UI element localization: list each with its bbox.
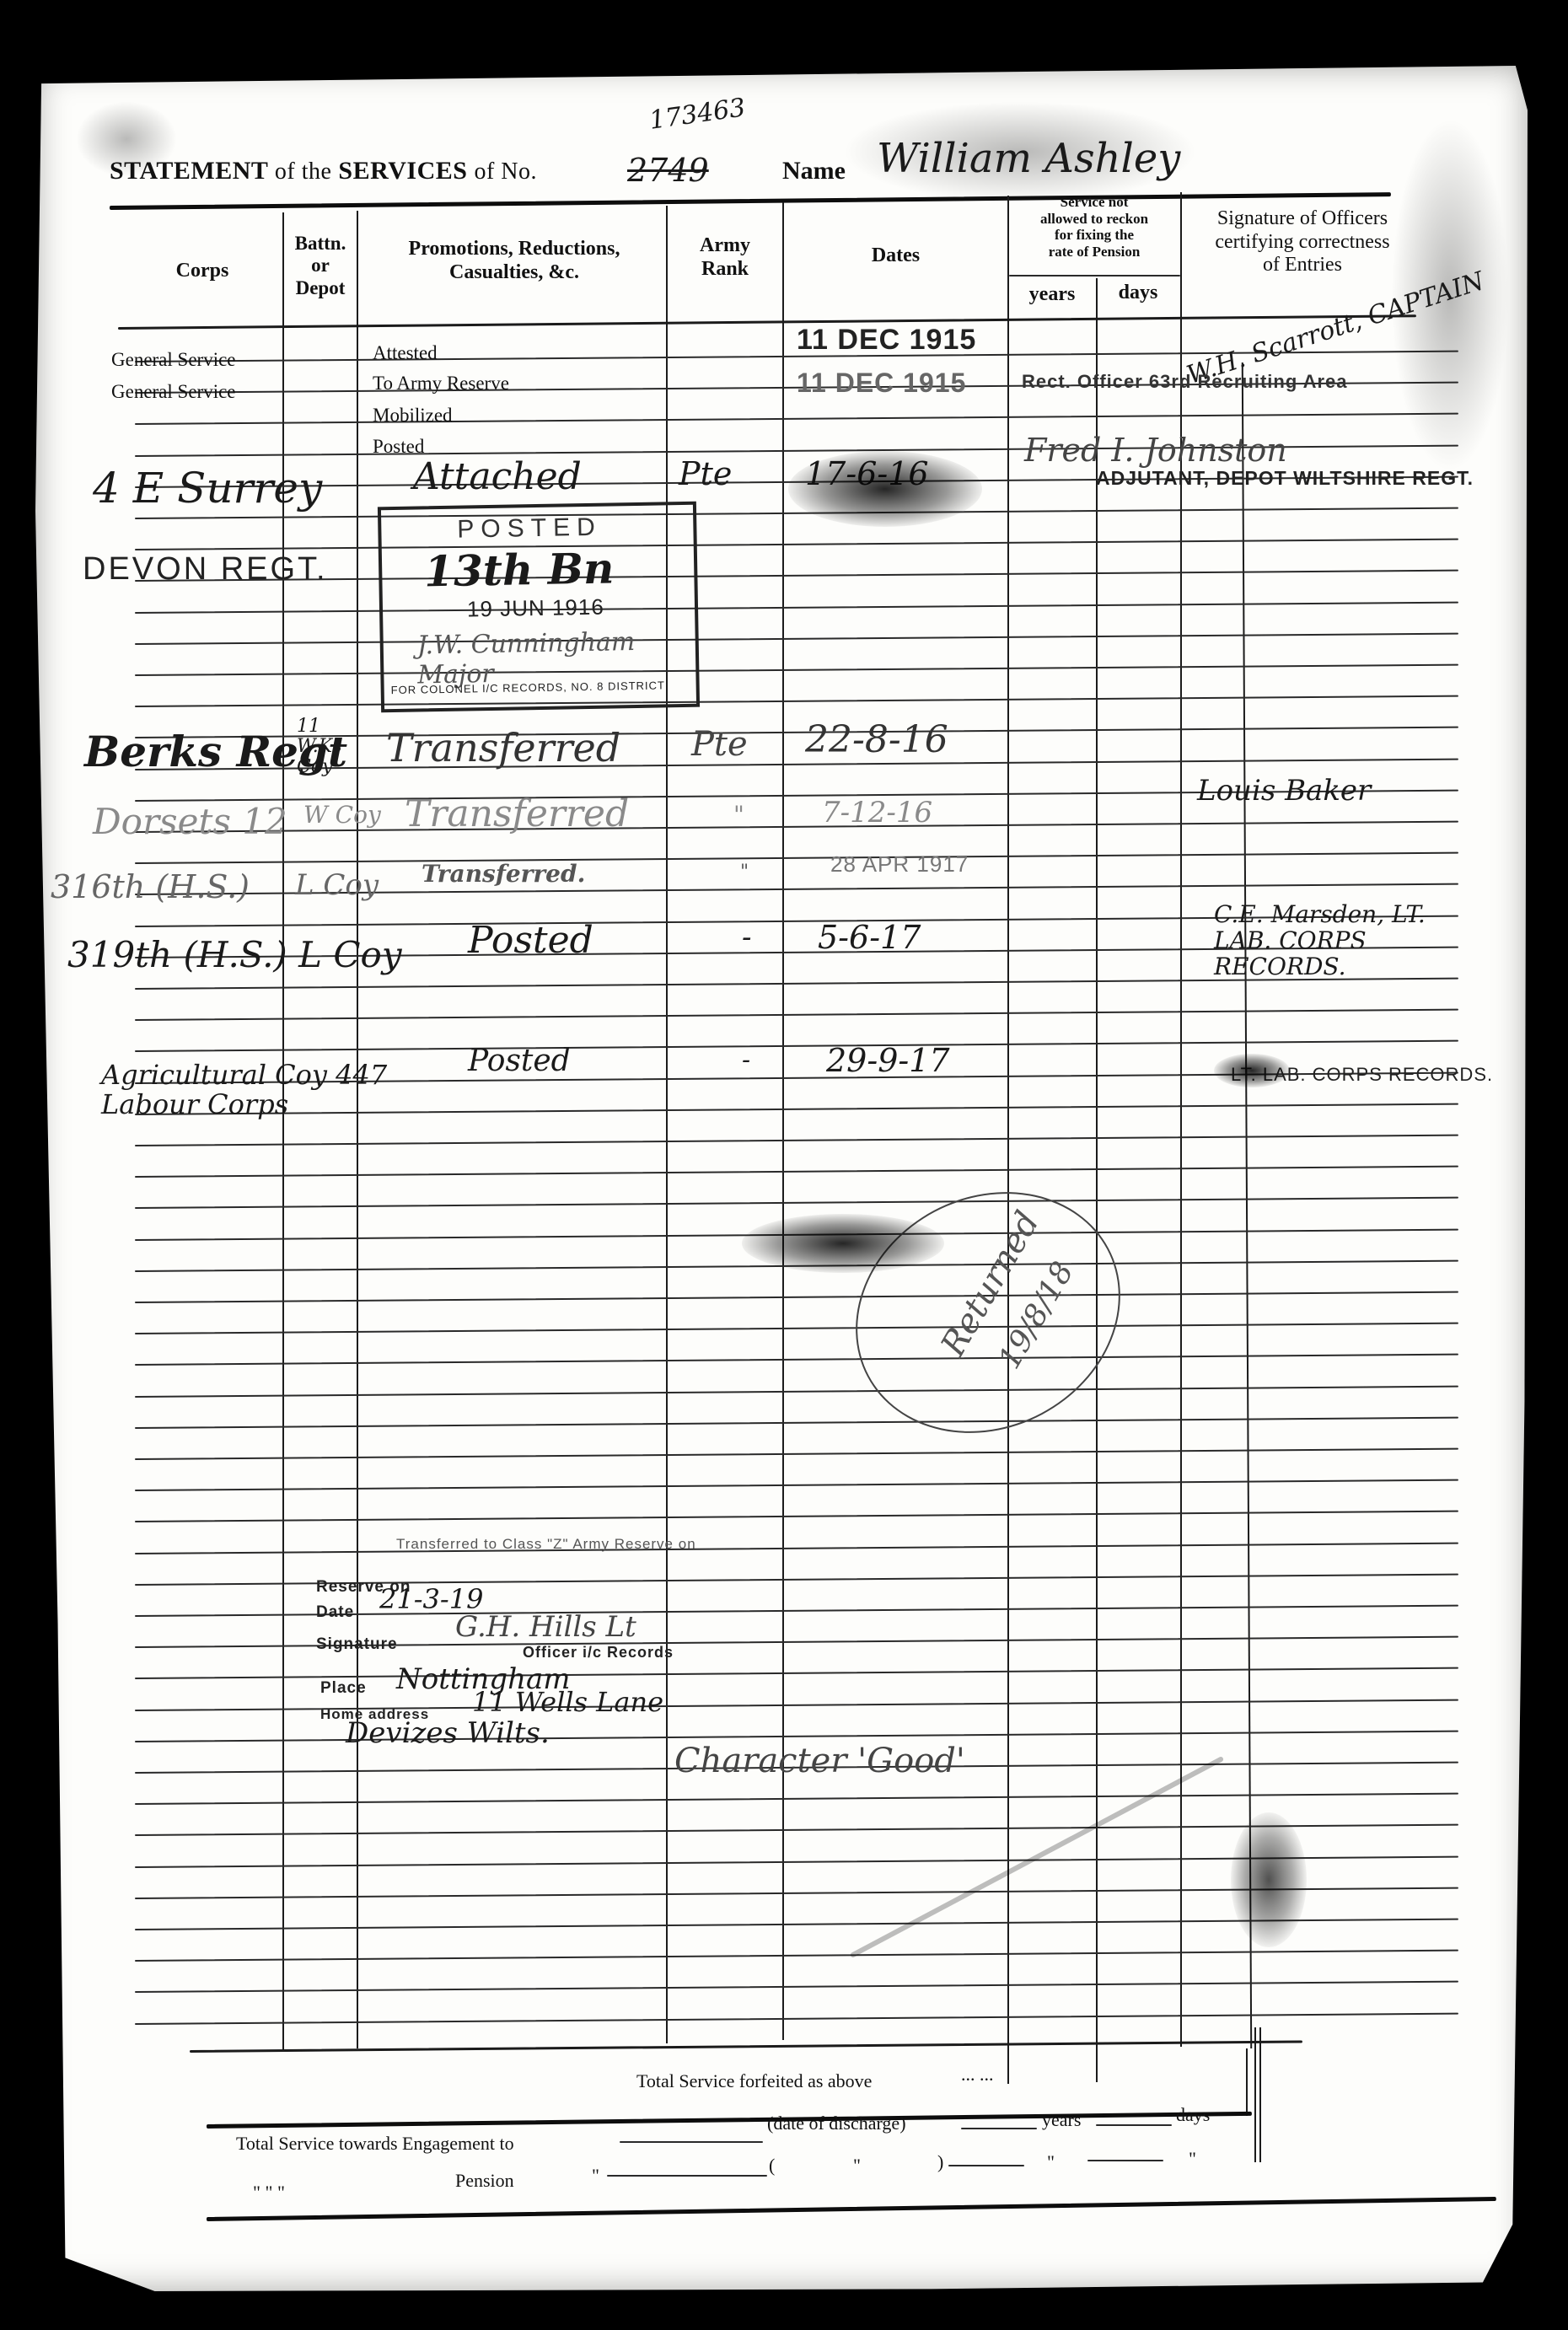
header-rank: Army Rank [674, 234, 776, 281]
days-label: days [1176, 2104, 1210, 2126]
header-corps: Corps [126, 260, 278, 283]
entry-battn: L Coy [295, 868, 379, 902]
entry-battn: W Coy [303, 801, 381, 829]
reserve-signature-value: G.H. Hills Lt [455, 1610, 636, 1644]
header-sna-line: Service not [1010, 194, 1179, 211]
header-days: days [1098, 282, 1179, 305]
entry-rank: - [742, 921, 752, 954]
entry-date: 29-9-17 [826, 1042, 950, 1079]
entry-event: Posted [468, 1044, 571, 1078]
col-divider-battn [357, 211, 358, 2048]
date-of-discharge-label: (date of discharge) [767, 2113, 906, 2134]
pension-years-blank[interactable] [948, 2165, 1024, 2166]
reserve-home-value-2: Devizes Wilts. [346, 1716, 550, 1750]
header-battn-line: or [285, 255, 356, 276]
entry-corps: Dorsets 12 [93, 801, 287, 842]
forfeited-divider [1246, 2048, 1248, 2116]
entry-rank: " [740, 862, 749, 883]
bracket-line [1259, 2027, 1261, 2162]
document-title: STATEMENT of the SERVICES of No. [110, 157, 537, 185]
entry-corps-stamp: DEVON REGT. [83, 551, 328, 588]
header-signature-line: Signature of Officers [1184, 207, 1420, 231]
officer-signature: Fred I. Johnston [1024, 432, 1287, 469]
engagement-label: Total Service towards Engagement to [236, 2133, 514, 2155]
years-label: years [1042, 2109, 1081, 2131]
reserve-officer-label: Officer i/c Records [523, 1644, 674, 1662]
pension-days-ditto: " [1189, 2148, 1196, 2170]
pension-paren-open: ( [769, 2155, 775, 2177]
entry-corps: 316th (H.S.) [51, 868, 250, 905]
header-sna-line: allowed to reckon [1010, 211, 1179, 228]
ink-smudge [788, 451, 982, 527]
pension-label: Pension [455, 2170, 514, 2192]
pension-years-ditto: " [1047, 2151, 1055, 2173]
officer-signature: C.E. Marsden, LT. LAB. CORPS RECORDS. [1214, 902, 1458, 980]
entry-event: Posted [468, 919, 593, 962]
ditto-marks: " " " [253, 2182, 285, 2204]
years-blank[interactable] [961, 2128, 1037, 2129]
ink-smudge [742, 1214, 944, 1273]
pension-paren-ditto: " [853, 2155, 861, 2177]
header-battn-line: Battn. [285, 233, 356, 255]
entry-corps: 4 E Surrey [93, 464, 322, 513]
header-battn: Battn. or Depot [285, 233, 356, 299]
posted-stamp: POSTED 13th Bn 19 JUN 1916 J.W. Cunningh… [378, 502, 700, 713]
entry-event: Mobilized [373, 405, 453, 427]
engagement-blank[interactable] [620, 2141, 763, 2143]
header-years: years [1010, 283, 1094, 307]
header-sna-line: rate of Pension [1010, 244, 1179, 260]
adjutant-stamp: ADJUTANT, DEPOT WILTSHIRE REGT. [1096, 467, 1474, 490]
header-promotions: Promotions, Reductions, Casualties, &c. [362, 238, 666, 284]
forfeited-dots: ... ... [961, 2064, 994, 2086]
entry-event: Transferred [405, 792, 629, 835]
bracket-line [1254, 2027, 1256, 2162]
posted-stamp-unit: 13th Bn [424, 543, 615, 596]
pension-ditto: " [592, 2165, 599, 2187]
entry-corps: 319th (H.S.) L Coy [67, 934, 402, 975]
reserve-date-label: Date [316, 1603, 354, 1622]
title-services: SERVICES [338, 157, 467, 185]
header-dates: Dates [784, 244, 1007, 268]
entry-date-stamp: 28 APR 1917 [830, 851, 969, 878]
entry-corps: General Service [111, 381, 236, 403]
entry-rank: - [742, 1045, 750, 1075]
entry-event: Attested [373, 342, 438, 364]
sna-subdivider [1009, 275, 1180, 276]
header-signature-line: of Entries [1184, 254, 1420, 277]
entry-corps: Agricultural Coy 447 Labour Corps [101, 1060, 388, 1119]
entry-event: Transferred [386, 725, 620, 770]
entry-date: 7-12-16 [822, 796, 932, 829]
soldier-name: William Ashley [877, 135, 1180, 182]
entry-rank: " [733, 801, 744, 829]
header-rank-line: Rank [674, 258, 776, 282]
days-blank[interactable] [1096, 2124, 1172, 2126]
entry-date: 22-8-16 [805, 718, 948, 761]
header-rank-line: Army [674, 234, 776, 258]
posted-stamp-date: 19 JUN 1916 [467, 594, 604, 623]
entry-event: To Army Reserve [373, 373, 509, 395]
title-of-the: of the [275, 158, 332, 185]
entry-date-stamp: 11 DEC 1915 [797, 368, 966, 399]
service-number: 2749 [627, 152, 709, 189]
header-signature: Signature of Officers certifying correct… [1184, 207, 1420, 277]
header-promotions-line: Casualties, &c. [362, 261, 666, 285]
forfeited-label: Total Service forfeited as above [636, 2070, 872, 2092]
entry-rank: Pte [679, 455, 732, 492]
entry-event: Attached [413, 455, 582, 498]
pension-blank[interactable] [607, 2175, 767, 2177]
entry-rank: Pte [691, 725, 748, 764]
entry-date-stamp: 11 DEC 1915 [797, 324, 976, 357]
service-record-paper [35, 66, 1528, 2291]
reserve-place-label: Place [320, 1679, 367, 1698]
header-service-not-allowed: Service not allowed to reckon for fixing… [1010, 194, 1179, 260]
reserve-signature-label: Signature [316, 1635, 398, 1654]
reserve-stamp-line: Transferred to Class "Z" Army Reserve on [396, 1536, 696, 1553]
ink-smudge [1214, 1054, 1290, 1087]
header-battn-line: Depot [285, 277, 356, 299]
header-promotions-line: Promotions, Reductions, [362, 238, 666, 261]
entry-battn: 11 W.Ks Coy [297, 717, 356, 778]
title-statement: STATEMENT [110, 157, 268, 185]
title-of-no: of No. [474, 158, 537, 185]
col-divider-years [1096, 278, 1098, 2082]
name-label: Name [782, 157, 846, 185]
header-signature-line: certifying correctness [1184, 231, 1420, 255]
entry-corps: General Service [111, 349, 236, 371]
entry-event: Transferred. [422, 860, 585, 888]
entry-date: 5-6-17 [818, 919, 921, 956]
pension-days-blank[interactable] [1087, 2160, 1163, 2161]
posted-stamp-header: POSTED [457, 513, 602, 545]
header-sna-line: for fixing the [1010, 227, 1179, 244]
reserve-home-value: 11 Wells Lane [472, 1686, 663, 1718]
pension-paren-close: ) [937, 2151, 943, 2173]
officer-stamp: Rect. Officer 63rd Recruiting Area [1022, 371, 1348, 393]
ink-smudge [1231, 1812, 1307, 1947]
officer-signature: Louis Baker [1197, 774, 1371, 808]
character-assessment: Character 'Good' [674, 1742, 965, 1780]
